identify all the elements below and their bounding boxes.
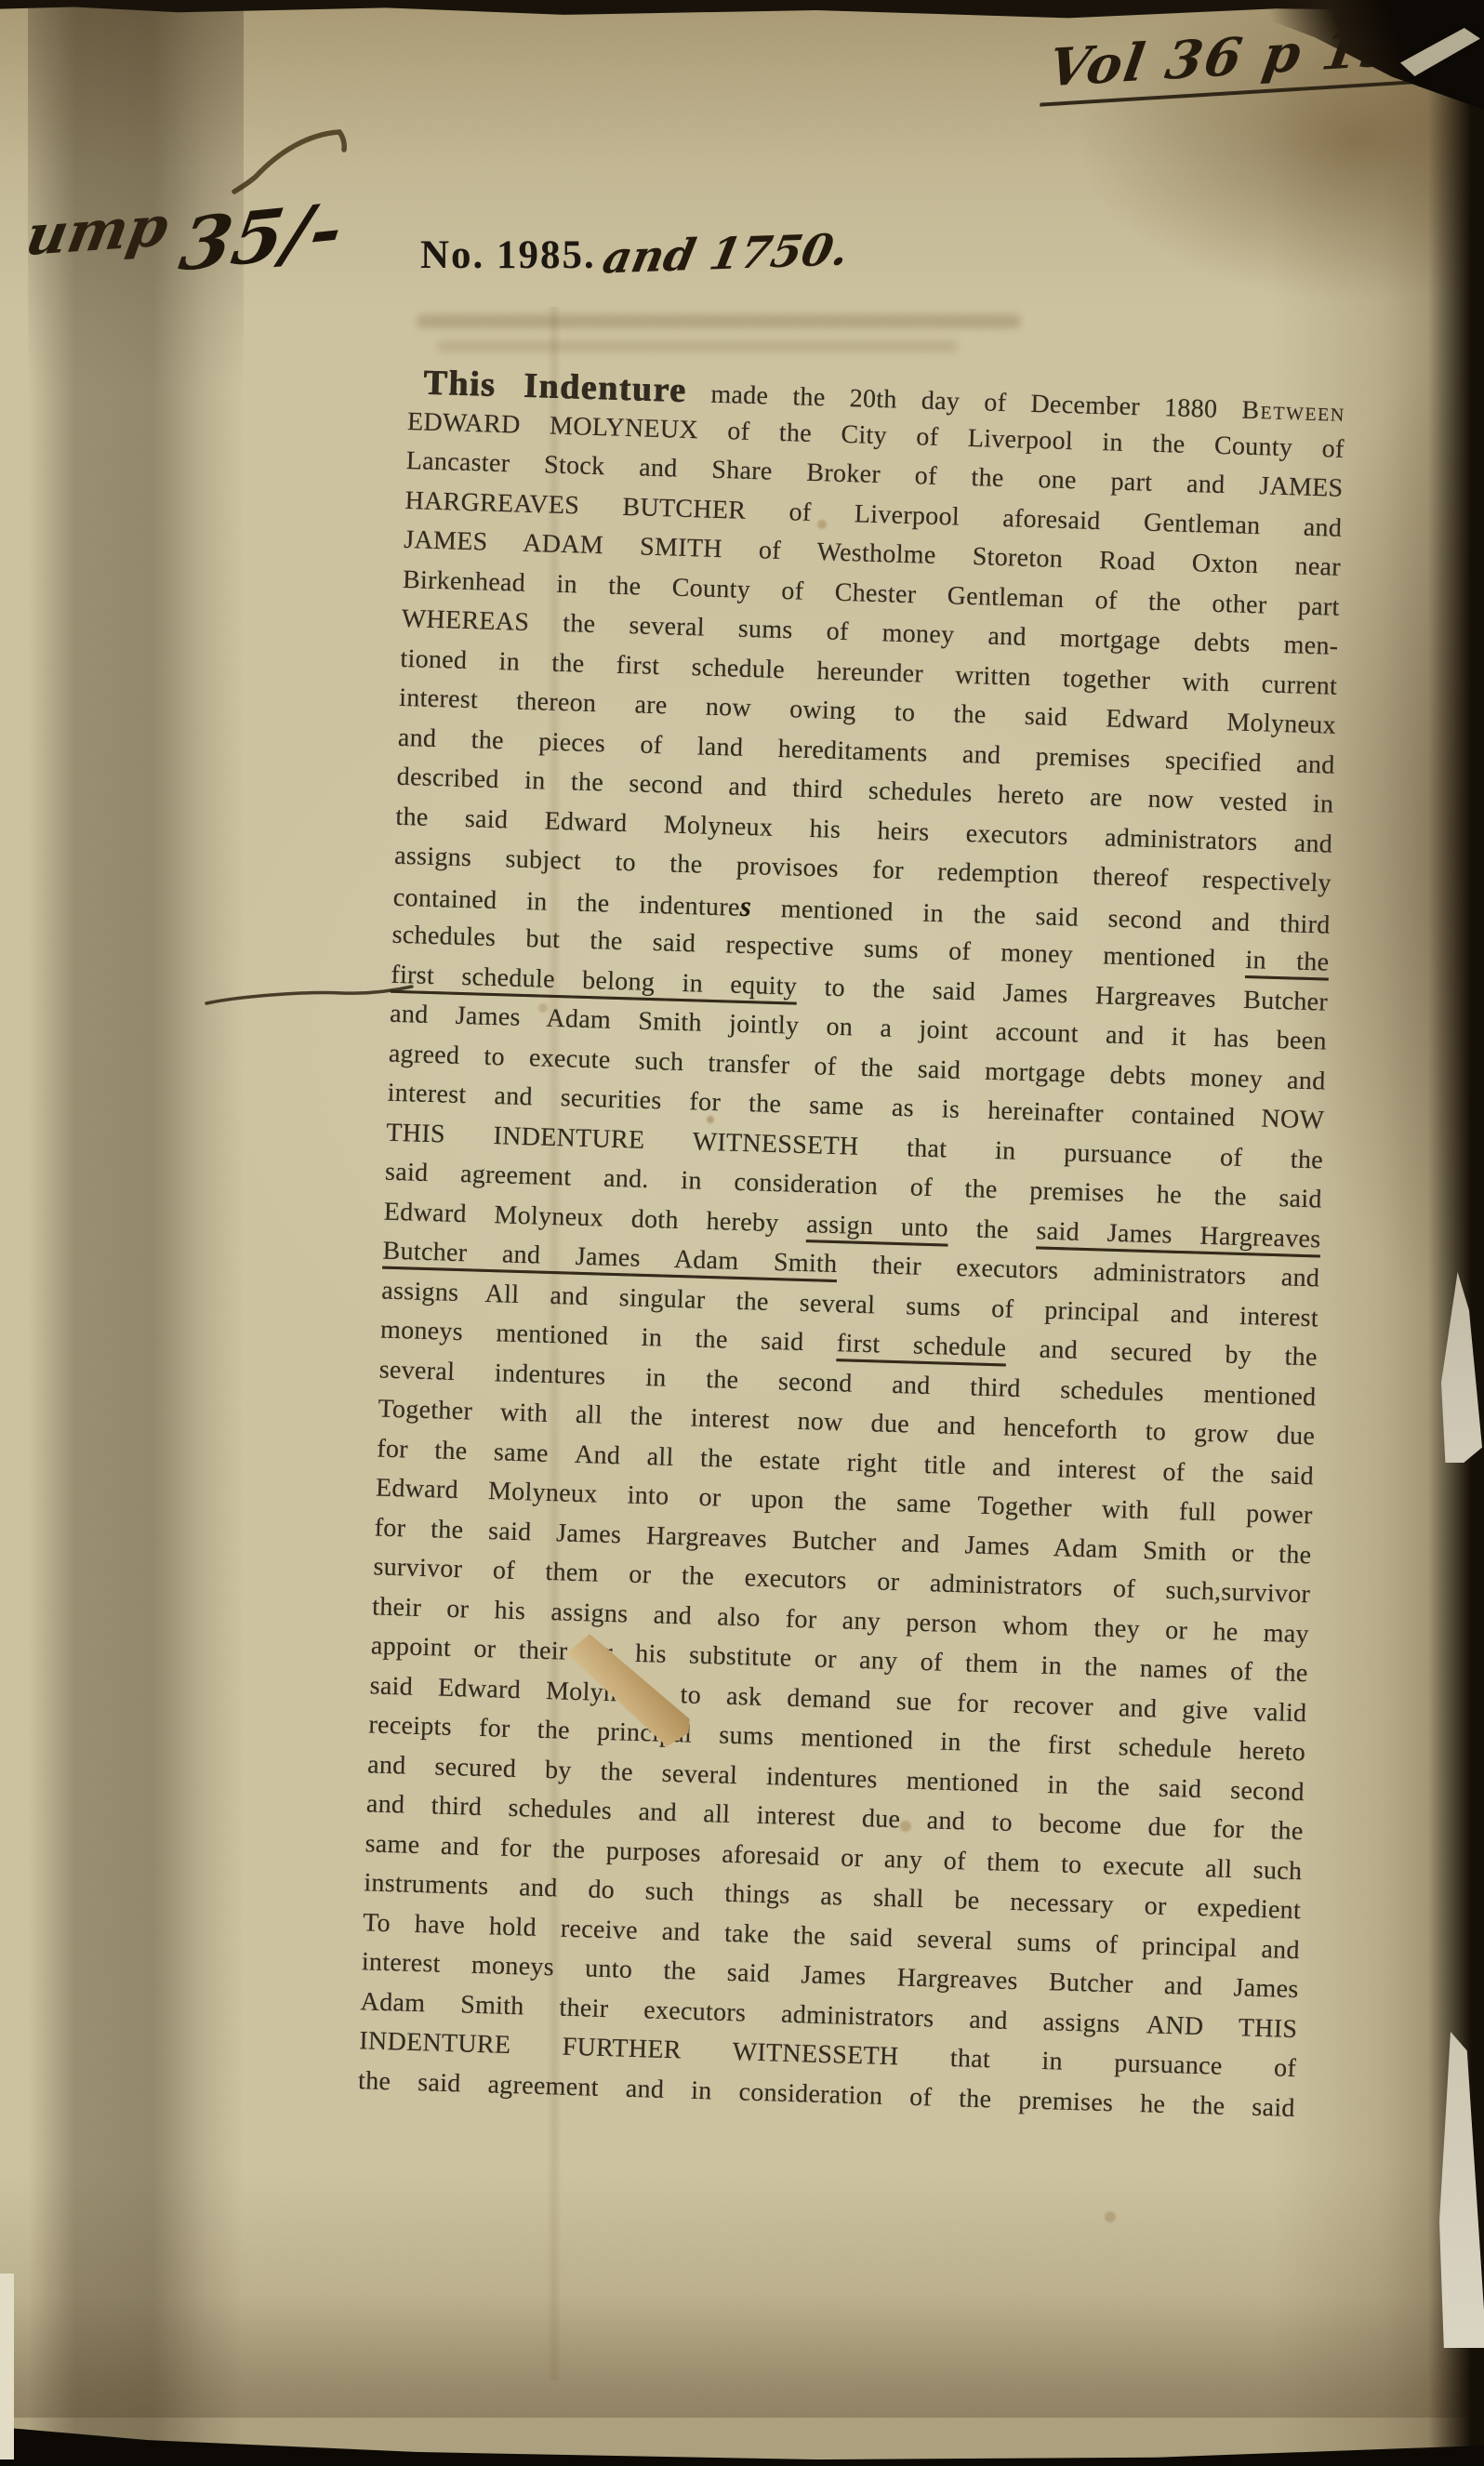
stamp-word-fragment: ump — [21, 194, 174, 269]
text-segment: first schedule — [836, 1329, 1006, 1362]
text-segment: in the — [1245, 946, 1330, 977]
ink-bleedthrough — [417, 314, 1021, 328]
text-segment: first schedule belong in equity — [391, 960, 798, 1001]
text-segment: contained in the indenture — [392, 882, 740, 921]
text-segment: said James Hargreaves — [1036, 1216, 1321, 1253]
underlying-page-edge — [0, 2274, 14, 2459]
text-segment: Edward Molyneux doth hereby — [383, 1197, 806, 1238]
scanned-document-page: Vol 36 p 19. ump 35/- No. 1985. and 1750… — [0, 0, 1484, 2466]
text-segment: assign unto — [806, 1210, 948, 1243]
text-segment: the — [948, 1213, 1038, 1245]
text-segment: moneys mentioned in the said — [380, 1316, 838, 1359]
text-segment: Between — [1241, 396, 1345, 428]
bottom-curve-shading — [0, 2297, 1484, 2418]
text-segment: Butcher and James Adam Smith — [382, 1237, 838, 1279]
ink-bleedthrough — [437, 340, 958, 352]
document-body: This Indenture made the 20th day of Dece… — [358, 363, 1346, 2128]
document-number: No. 1985. — [420, 232, 596, 278]
stamp-duty-value: 35/- — [175, 187, 348, 287]
text-segment: This Indenture — [423, 363, 687, 409]
document-number-addition: and 1750. — [599, 224, 854, 284]
text-segment: and secured by the — [1006, 1334, 1318, 1372]
